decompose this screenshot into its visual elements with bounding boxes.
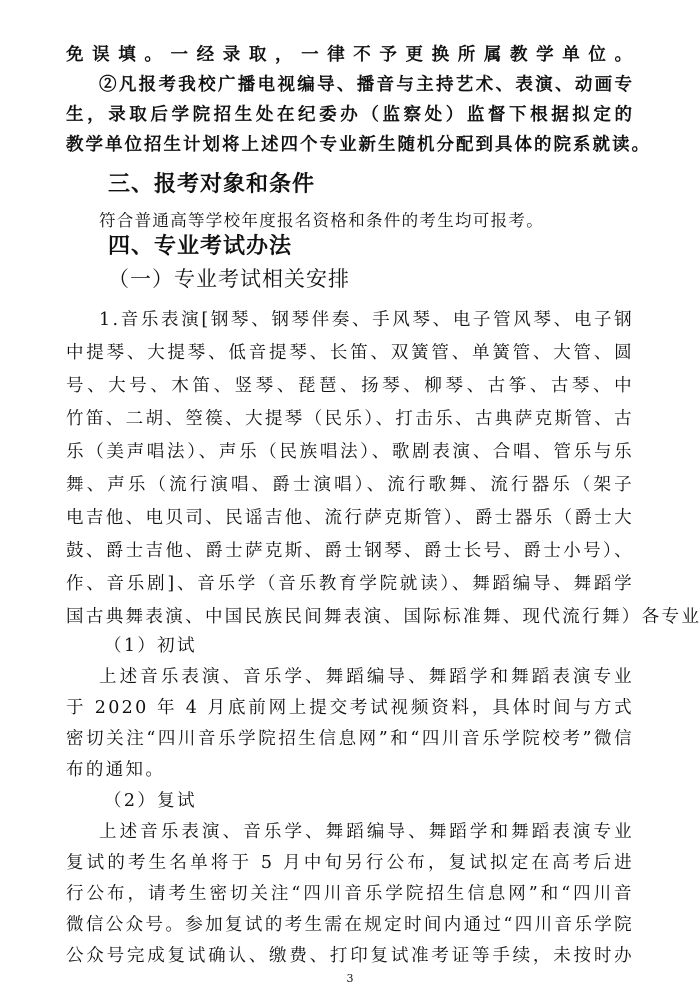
- section-heading-3: 三、报考对象和条件: [108, 170, 676, 200]
- section-heading-4: 四、专业考试办法: [108, 232, 676, 262]
- paragraph-line: 公众号完成复试确认、缴费、打印复试准考证等手续，未按时办理复试手续并: [66, 941, 634, 971]
- document-page: 免误填。一经录取，一律不予更换所属教学单位。 ②凡报考我校广播电视编导、播音与主…: [0, 0, 700, 990]
- paragraph-line: 上述音乐表演、音乐学、舞蹈编导、舞蹈学和舞蹈表演专业初试要求考生: [99, 662, 634, 692]
- sub-heading-retest: （2）复试: [104, 786, 672, 816]
- paragraph-line: 复试的考生名单将于 5 月中旬另行公布，复试拟定在高考后进行，具体时间另: [66, 848, 634, 878]
- paragraph-line: 行公布，请考生密切关注“四川音乐学院招生信息网”和“四川音乐学院校考”: [66, 879, 634, 909]
- paragraph-line: 竹笛、二胡、箜篌、大提琴（民乐）、打击乐、古典萨克斯管、古典吉他、声: [66, 404, 634, 434]
- paragraph-line: 号、大号、木笛、竖琴、琵琶、扬琴、柳琴、古筝、古琴、中阮、笙、唢呐、: [66, 371, 634, 401]
- paragraph-line: 国古典舞表演、中国民族民间舞表演、国际标准舞、现代流行舞）各专业：: [66, 602, 634, 632]
- sub-heading-preliminary: （1）初试: [104, 631, 672, 661]
- paragraph-line: 布的通知。: [66, 755, 634, 785]
- paragraph-line: 作、音乐剧]、音乐学（音乐教育学院就读）、舞蹈编导、舞蹈学和舞蹈表演（中: [66, 569, 634, 599]
- paragraph-line: 1.音乐表演[钢琴、钢琴伴奏、手风琴、电子管风琴、电子钢琴、小提琴、: [99, 305, 634, 335]
- paragraph-line: 电吉他、电贝司、民谣吉他、流行萨克斯管）、爵士器乐（爵士大贝司、爵士: [66, 503, 634, 533]
- paragraph-line: 微信公众号。参加复试的考生需在规定时间内通过“四川音乐学院校考”微信: [66, 910, 634, 940]
- paragraph-line: 中提琴、大提琴、低音提琴、长笛、双簧管、单簧管、大管、圆号、小号、长: [66, 338, 634, 368]
- subsection-heading: （一）专业考试相关安排: [108, 264, 676, 294]
- paragraph-line: ②凡报考我校广播电视编导、播音与主持艺术、表演、动画专业的考: [99, 70, 634, 100]
- paragraph-line: 舞、声乐（流行演唱、爵士演唱）、流行歌舞、流行器乐（架子鼓、流行键盘、: [66, 470, 634, 500]
- paragraph-line: 乐（美声唱法）、声乐（民族唱法）、歌剧表演、合唱、管乐与乐队训练、音: [66, 437, 634, 467]
- paragraph-line: 鼓、爵士吉他、爵士萨克斯、爵士钢琴、爵士长号、爵士小号）、现代音乐制: [66, 536, 634, 566]
- paragraph-line: 生，录取后学院招生处在纪委办（监察处）监督下根据拟定的 2020 年各: [66, 100, 634, 130]
- page-number: 3: [0, 972, 700, 985]
- paragraph-line: 教学单位招生计划将上述四个专业新生随机分配到具体的院系就读。: [66, 130, 634, 160]
- paragraph-line: 免误填。一经录取，一律不予更换所属教学单位。: [66, 40, 634, 70]
- paragraph-line: 密切关注“四川音乐学院招生信息网”和“四川音乐学院校考”微信公众号发: [66, 724, 634, 754]
- paragraph-line: 于 2020 年 4 月底前网上提交考试视频资料，具体时间与方式另行公布，请考生: [66, 693, 634, 723]
- paragraph-line: 上述音乐表演、音乐学、舞蹈编导、舞蹈学和舞蹈表演专业初试合格参加: [99, 817, 634, 847]
